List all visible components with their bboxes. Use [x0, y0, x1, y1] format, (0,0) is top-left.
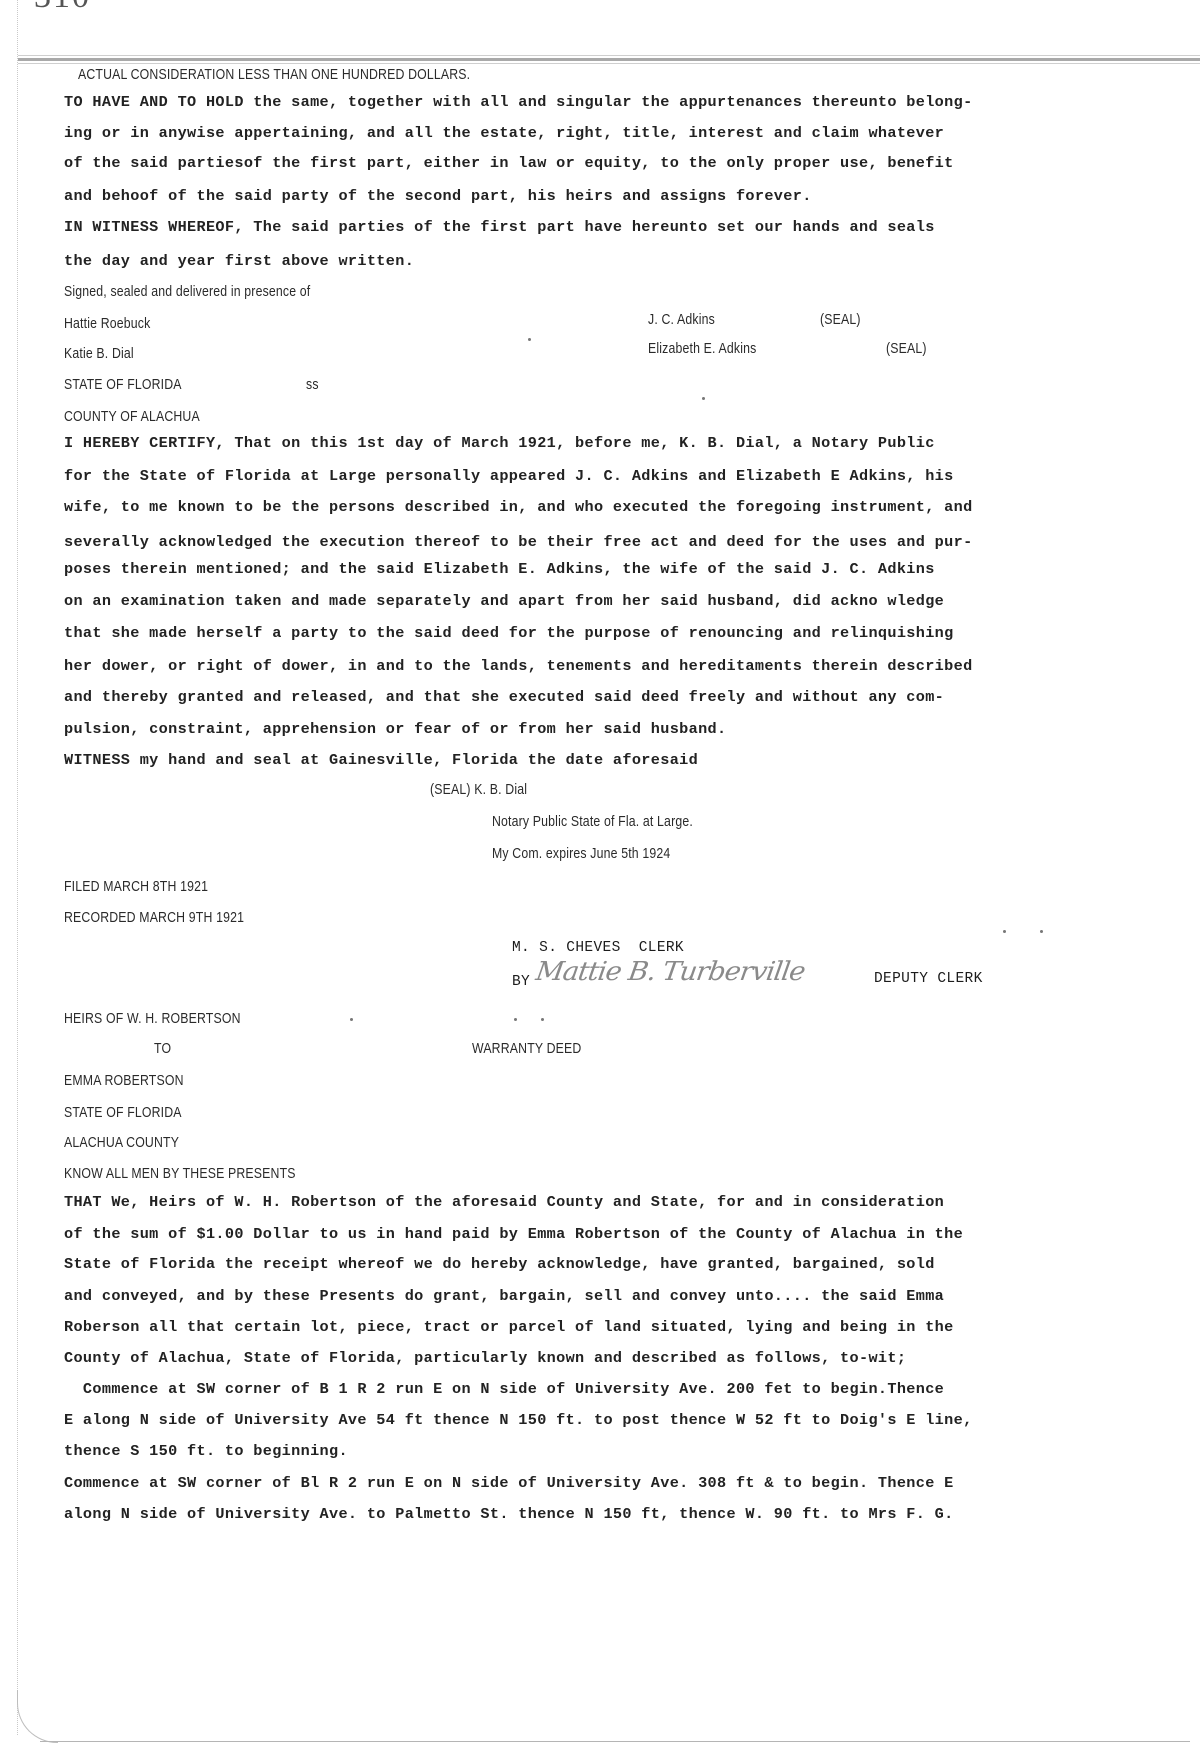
deed2-body-line: Roberson all that certain lot, piece, tr…: [64, 1318, 954, 1336]
grantee-heading: EMMA ROBERTSON: [64, 1072, 184, 1090]
scan-speck: [1003, 930, 1006, 933]
header-rule: [18, 55, 1200, 65]
land-description-line: Commence at SW corner of Bl R 2 run E on…: [64, 1474, 954, 1492]
grantor-name: Elizabeth E. Adkins: [648, 340, 756, 358]
witness-clause-line: the day and year first above written.: [64, 252, 414, 270]
grantor-name: J. C. Adkins: [648, 311, 715, 329]
scan-speck: [528, 338, 531, 341]
acknowledgment-line: on an examination taken and made separat…: [64, 592, 944, 610]
page-number: 310: [34, 0, 91, 16]
notary-title: Notary Public State of Fla. at Large.: [492, 813, 693, 831]
deed2-body-line: State of Florida the receipt whereof we …: [64, 1255, 935, 1273]
deed2-body-line: and conveyed, and by these Presents do g…: [64, 1287, 944, 1305]
grantor-heading: HEIRS OF W. H. ROBERTSON: [64, 1010, 241, 1028]
witness-name: Hattie Roebuck: [64, 315, 150, 333]
deed-type: WARRANTY DEED: [472, 1040, 581, 1058]
acknowledgment-line: I HEREBY CERTIFY, That on this 1st day o…: [64, 434, 935, 452]
grantor-seal: (SEAL): [886, 340, 927, 358]
deputy-clerk-title: DEPUTY CLERK: [874, 970, 983, 988]
deed2-body-line: of the sum of $1.00 Dollar to us in hand…: [64, 1225, 963, 1243]
scan-speck: [350, 1018, 353, 1021]
land-description-line: along N side of University Ave. to Palme…: [64, 1505, 954, 1523]
venue-county: COUNTY OF ALACHUA: [64, 408, 200, 426]
recorded-date: RECORDED MARCH 9TH 1921: [64, 909, 244, 927]
bottom-rule: [40, 1741, 1190, 1742]
deed-record-page: 310 ACTUAL CONSIDERATION LESS THAN ONE H…: [0, 0, 1200, 1745]
consideration-note: ACTUAL CONSIDERATION LESS THAN ONE HUNDR…: [78, 66, 470, 84]
acknowledgment-line: for the State of Florida at Large person…: [64, 467, 954, 485]
witness-name: Katie B. Dial: [64, 345, 134, 363]
scan-speck: [541, 1018, 544, 1021]
habendum-line: and behoof of the said party of the seco…: [64, 187, 812, 205]
notary-seal-line: (SEAL) K. B. Dial: [430, 781, 527, 799]
margin-line: [17, 0, 18, 1735]
acknowledgment-line: WITNESS my hand and seal at Gainesville,…: [64, 751, 698, 769]
acknowledgment-line: her dower, or right of dower, in and to …: [64, 657, 973, 675]
deed2-body-line: THAT We, Heirs of W. H. Robertson of the…: [64, 1193, 944, 1211]
filed-date: FILED MARCH 8TH 1921: [64, 878, 208, 896]
scan-speck: [702, 397, 705, 400]
acknowledgment-line: wife, to me known to be the persons desc…: [64, 498, 973, 516]
page-corner: [17, 1690, 58, 1743]
deed2-county: ALACHUA COUNTY: [64, 1134, 179, 1152]
acknowledgment-line: poses therein mentioned; and the said El…: [64, 560, 935, 578]
habendum-line: TO HAVE AND TO HOLD the same, together w…: [64, 93, 973, 111]
notary-commission: My Com. expires June 5th 1924: [492, 845, 670, 863]
scan-speck: [514, 1018, 517, 1021]
venue-state: STATE OF FLORIDA: [64, 376, 182, 394]
clerk-name: M. S. CHEVES CLERK: [512, 939, 684, 957]
habendum-line: ing or in anywise appertaining, and all …: [64, 124, 944, 142]
by-label: BY: [512, 973, 530, 991]
acknowledgment-line: pulsion, constraint, apprehension or fea…: [64, 720, 726, 738]
witness-clause-line: IN WITNESS WHEREOF, The said parties of …: [64, 218, 935, 236]
deputy-signature: Mattie B. Turberville: [534, 957, 807, 987]
deed2-state: STATE OF FLORIDA: [64, 1104, 182, 1122]
deed2-body-line: County of Alachua, State of Florida, par…: [64, 1349, 906, 1367]
land-description-line: Commence at SW corner of B 1 R 2 run E o…: [64, 1380, 944, 1398]
land-description-line: E along N side of University Ave 54 ft t…: [64, 1411, 973, 1429]
acknowledgment-line: severally acknowledged the execution the…: [64, 533, 973, 551]
venue-ss: ss: [306, 376, 319, 394]
signed-sealed-line: Signed, sealed and delivered in presence…: [64, 283, 310, 301]
scan-speck: [1040, 930, 1043, 933]
to-label: TO: [154, 1040, 171, 1058]
grantor-seal: (SEAL): [820, 311, 861, 329]
habendum-line: of the said partiesof the first part, ei…: [64, 154, 954, 172]
acknowledgment-line: that she made herself a party to the sai…: [64, 624, 954, 642]
acknowledgment-line: and thereby granted and released, and th…: [64, 688, 944, 706]
know-all-men: KNOW ALL MEN BY THESE PRESENTS: [64, 1165, 296, 1183]
land-description-line: thence S 150 ft. to beginning.: [64, 1442, 348, 1460]
